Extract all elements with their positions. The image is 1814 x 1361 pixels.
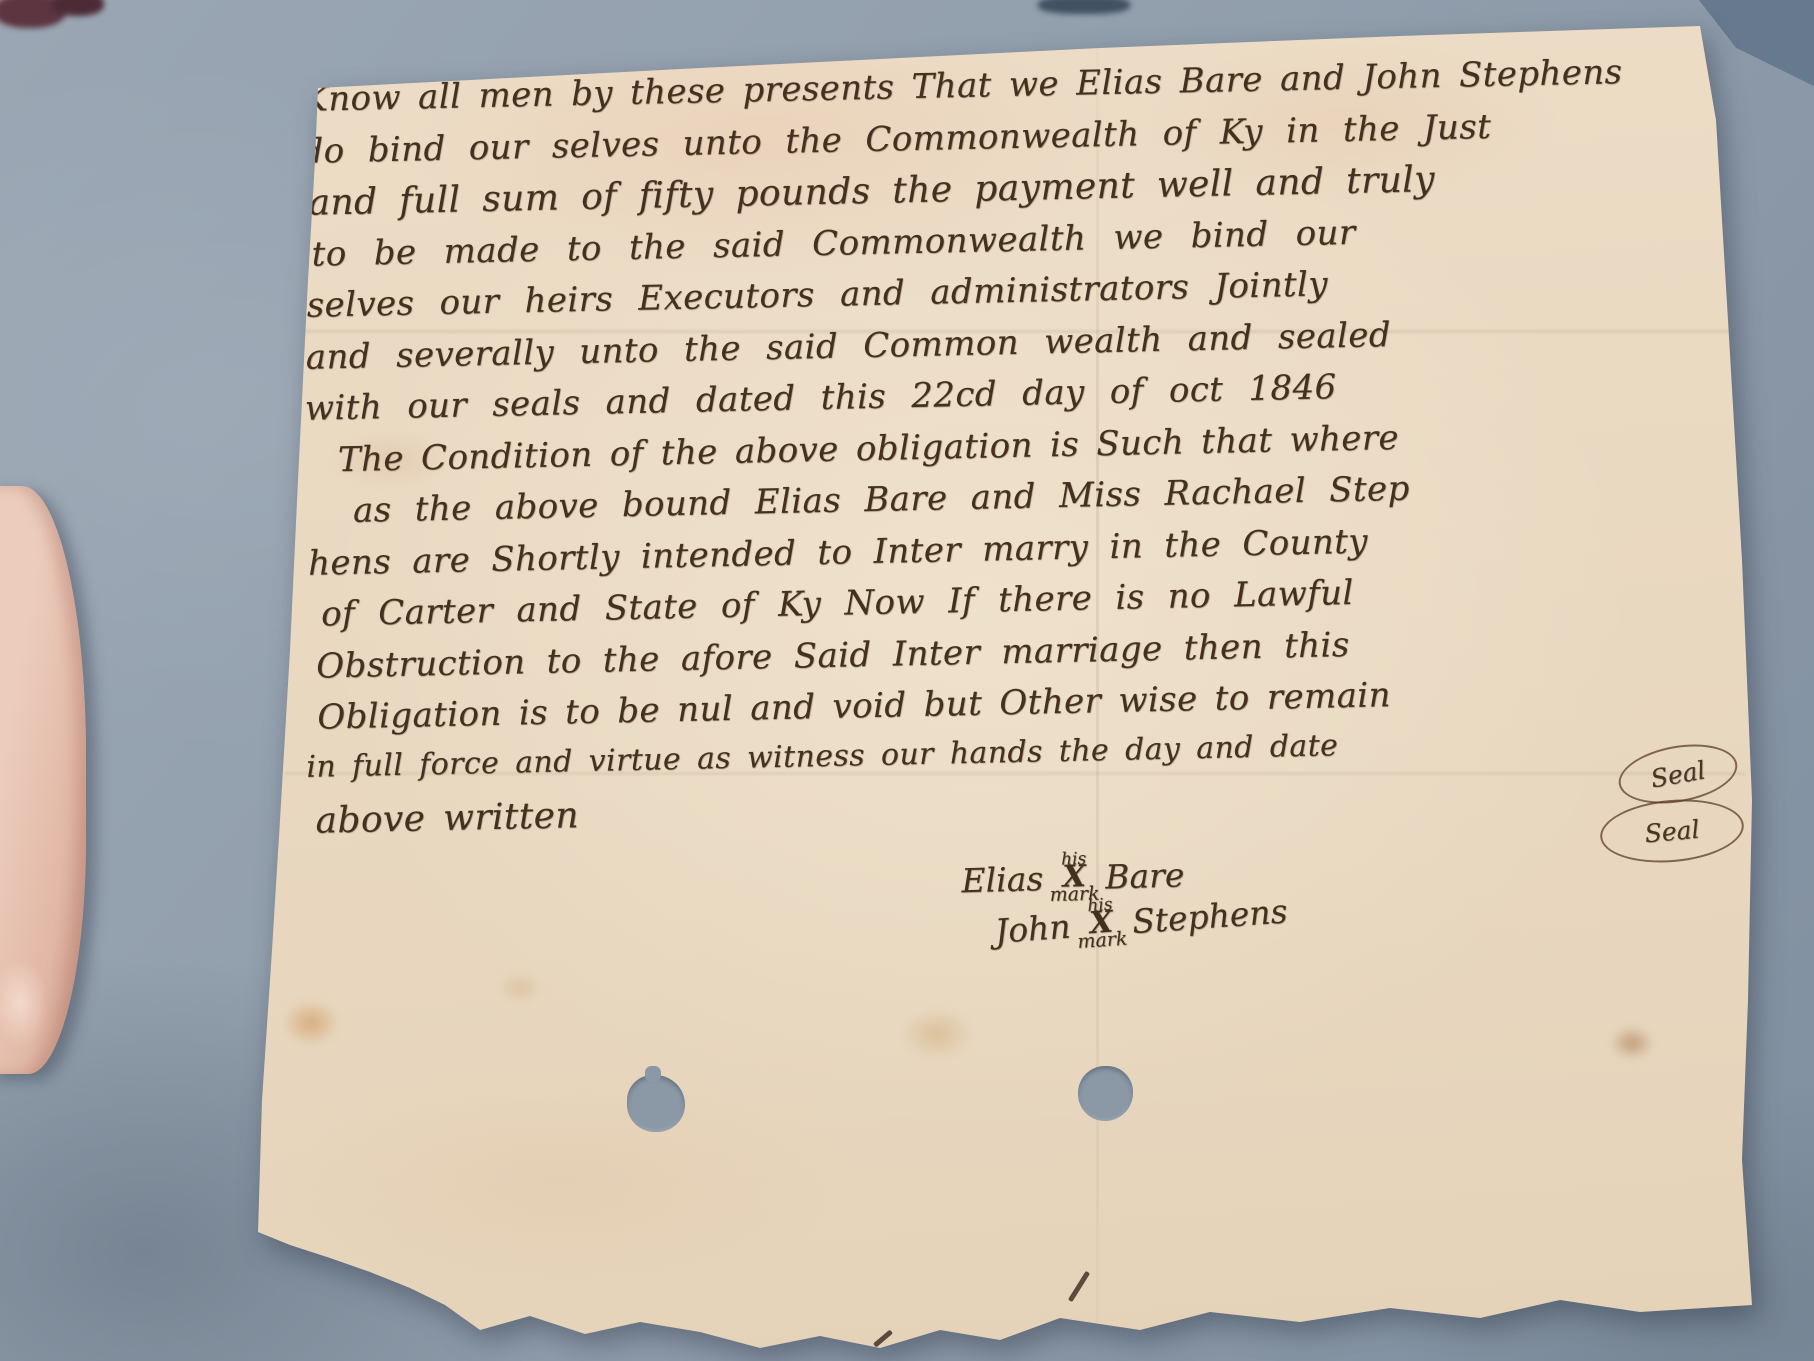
paper-stain xyxy=(498,972,542,1004)
seal-label: Seal xyxy=(1643,814,1700,848)
signature-first-name: Elias xyxy=(961,859,1044,900)
punch-hole xyxy=(1078,1066,1133,1121)
mark-label: mark xyxy=(1077,931,1128,950)
paper-stain xyxy=(900,1008,974,1060)
photo-of-document: Know all men by these presents That we E… xyxy=(0,0,1814,1361)
signature-last-name: Bare xyxy=(1105,855,1185,896)
pencil-mark xyxy=(1068,1271,1090,1302)
signature-first-name: John xyxy=(994,906,1072,950)
document-paper: Know all men by these presents That we E… xyxy=(0,0,1814,1361)
signature-block: Elias his X mark Bare John his X mark xyxy=(961,848,1288,950)
punch-hole xyxy=(627,1075,685,1132)
seal-label: Seal xyxy=(1648,755,1707,793)
paper-shadow-wrap: Know all men by these presents That we E… xyxy=(0,0,1814,1361)
paper-stain xyxy=(1610,1026,1654,1060)
paper-stain xyxy=(282,1000,340,1046)
handwritten-text-block: Know all men by these presents That we E… xyxy=(292,54,1570,853)
his-mark: his X mark xyxy=(1075,897,1128,949)
pencil-mark xyxy=(873,1330,893,1348)
seal-annotation: Seal xyxy=(1598,794,1747,868)
signature-last-name: Stephens xyxy=(1131,891,1289,941)
